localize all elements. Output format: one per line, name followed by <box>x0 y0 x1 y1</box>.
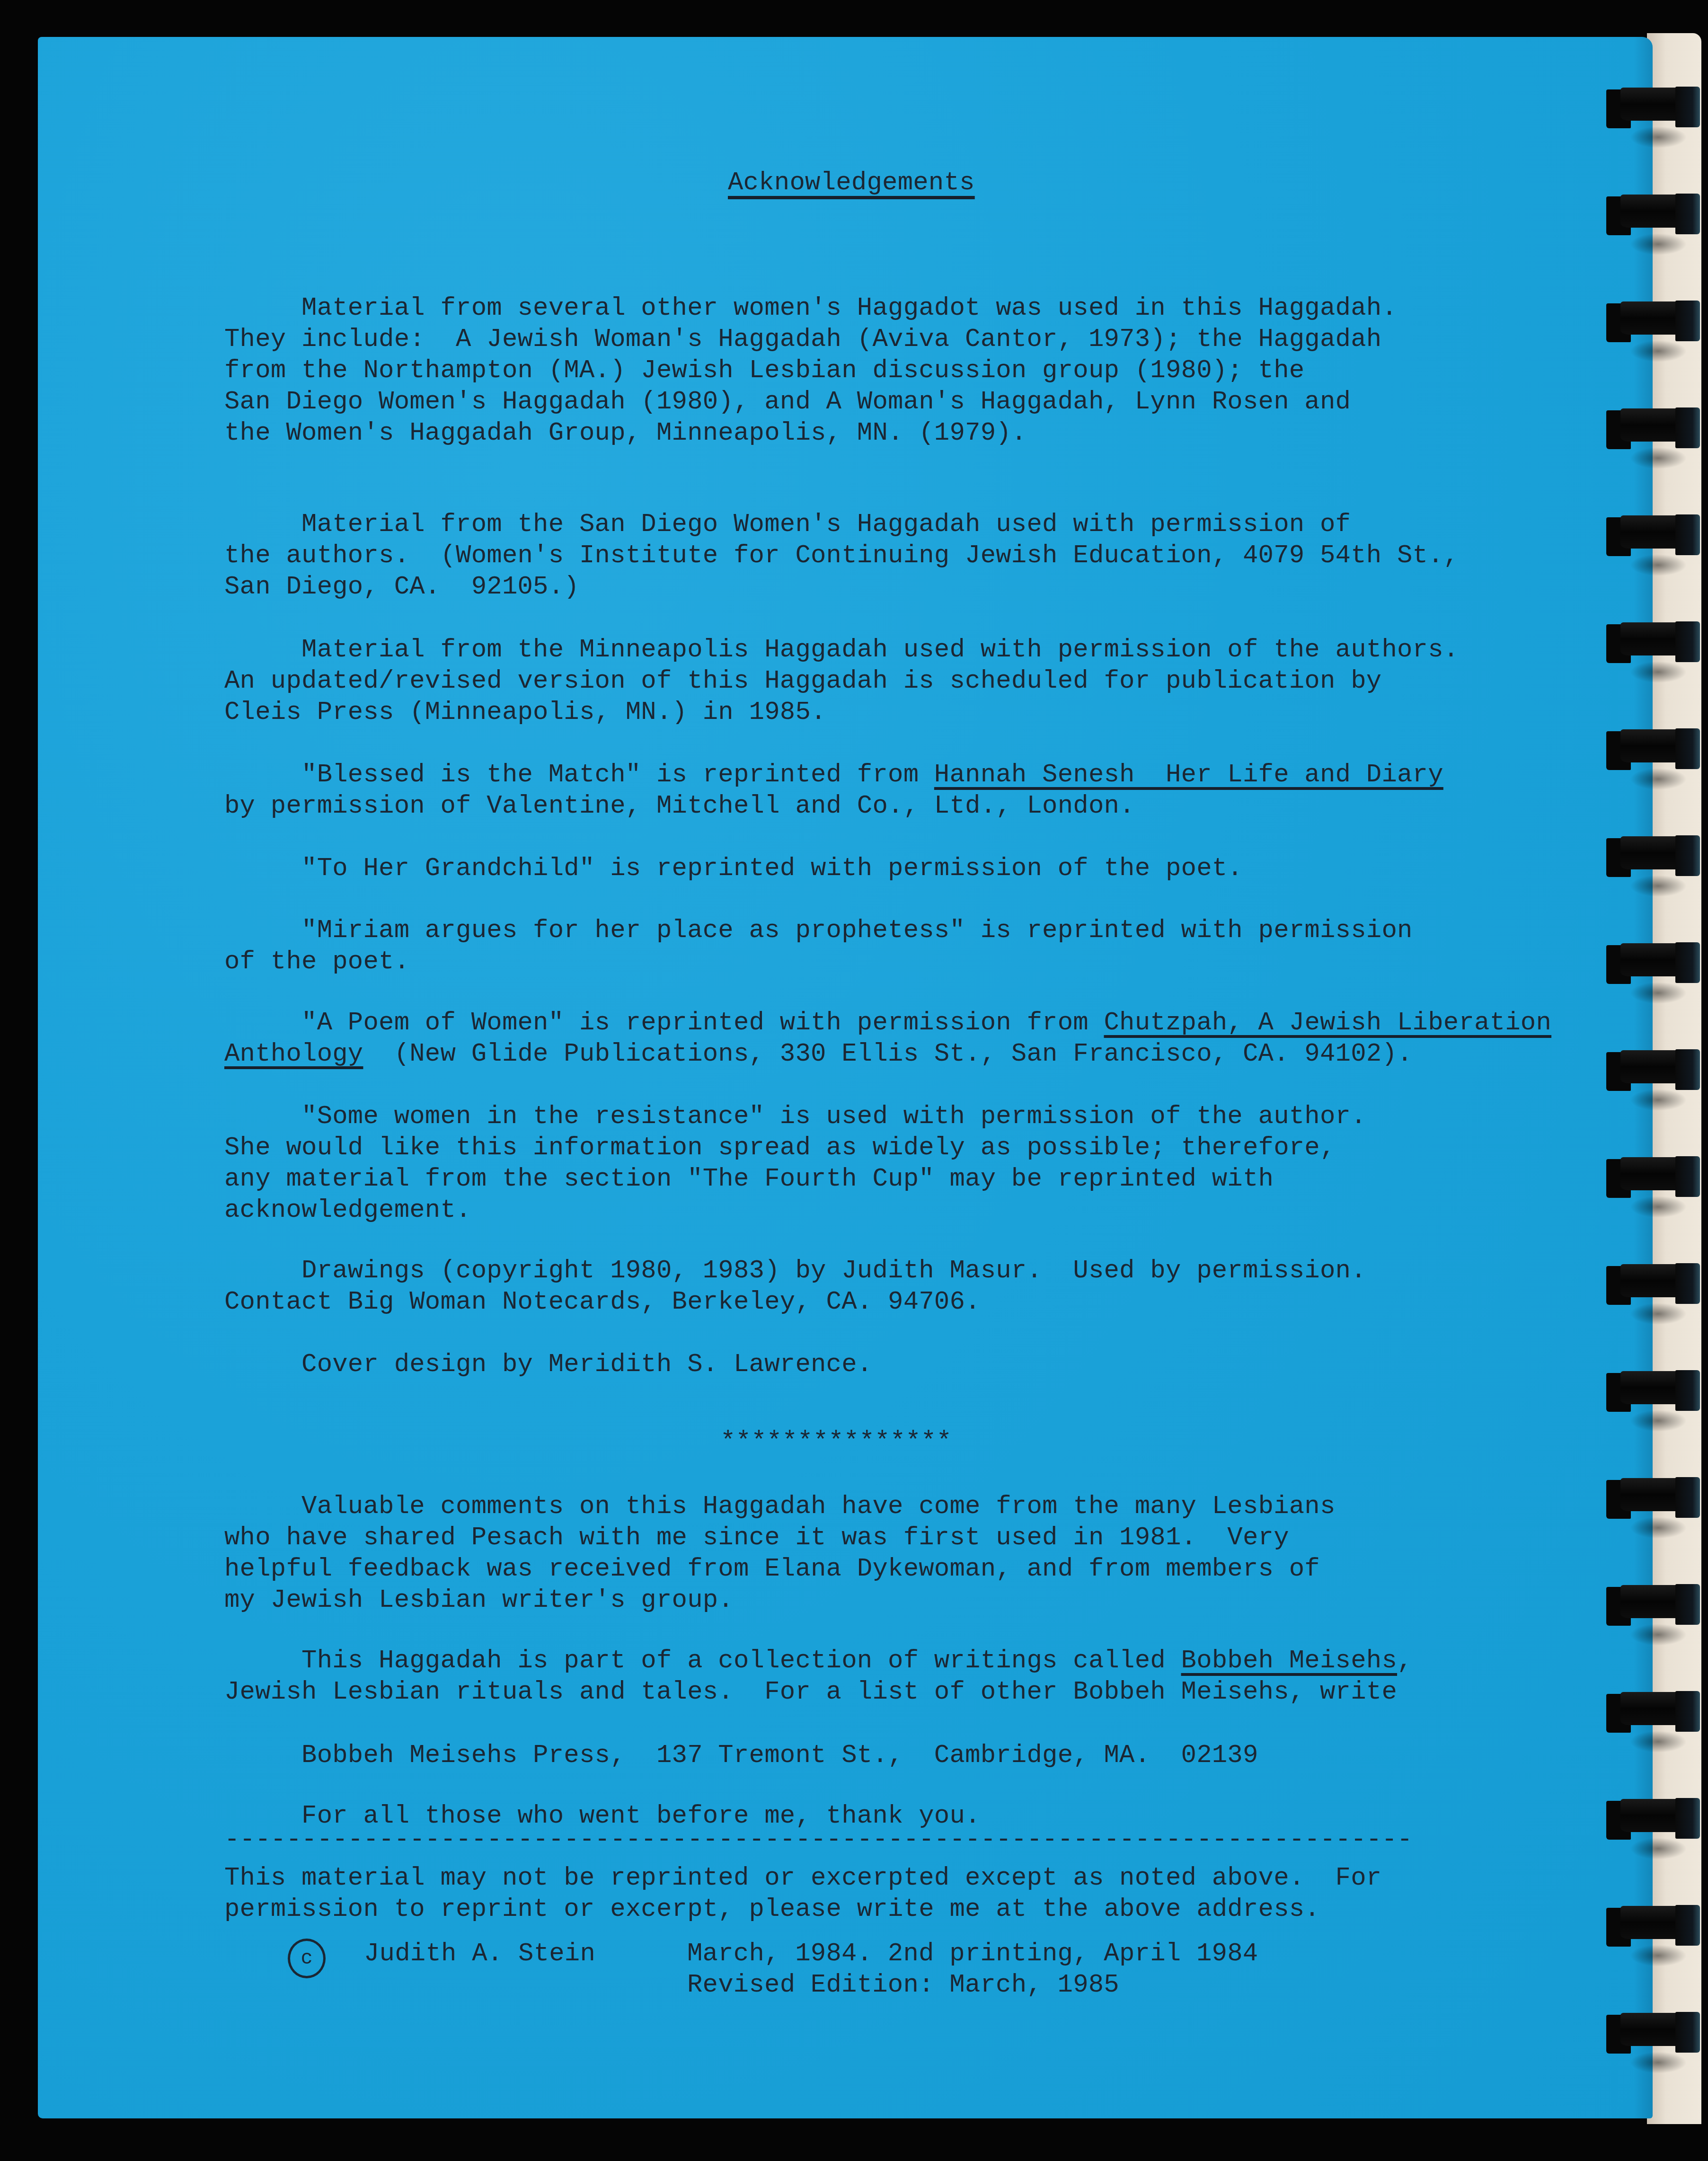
text-segment: (New Glide Publications, 330 Ellis St., … <box>363 1040 1412 1069</box>
page-title: Acknowledgements <box>728 168 975 199</box>
ring-right-tab <box>1675 2012 1700 2053</box>
paragraph-valuable-comments-line: helpful feedback was received from Elana… <box>224 1554 1320 1585</box>
binding-ring <box>1606 1585 1701 1626</box>
paragraph-valuable-comments-line: Valuable comments on this Haggadah have … <box>224 1491 1336 1523</box>
underlined-title: Hannah Senesh Her Life and Diary <box>934 761 1443 789</box>
ring-right-tab <box>1675 407 1700 448</box>
binding-ring <box>1606 1157 1701 1198</box>
paragraph-drawings-line: Drawings (copyright 1980, 1983) by Judit… <box>224 1256 1366 1287</box>
ring-right-tab <box>1675 942 1700 983</box>
ring-right-tab <box>1675 1477 1700 1518</box>
ring-right-tab <box>1675 1156 1700 1197</box>
ring-right-tab <box>1675 514 1700 555</box>
ring-shadow <box>1630 1303 1687 1325</box>
paragraph-valuable-comments-line: my Jewish Lesbian writer's group. <box>224 1585 734 1616</box>
paragraph-bobbeh-meisehs-line: This Haggadah is part of a collection of… <box>224 1646 1413 1677</box>
paragraph-cover-design-line: Cover design by Meridith S. Lawrence. <box>224 1349 872 1381</box>
paragraph-haggadot-sources-line: Material from several other women's Hagg… <box>224 293 1397 324</box>
binding-ring <box>1606 408 1701 449</box>
ring-shadow <box>1630 554 1687 576</box>
binding-ring <box>1606 1906 1701 1947</box>
paragraph-resistance-line: "Some women in the resistance" is used w… <box>224 1101 1366 1133</box>
ring-right-tab <box>1675 301 1700 341</box>
ring-right-tab <box>1675 1263 1700 1304</box>
binding-ring <box>1606 729 1701 770</box>
ring-shadow <box>1630 1089 1687 1111</box>
ring-shadow <box>1630 875 1687 897</box>
paragraph-haggadot-sources-line: San Diego Women's Haggadah (1980), and A… <box>224 387 1351 418</box>
paragraph-address-line: Bobbeh Meisehs Press, 137 Tremont St., C… <box>224 1740 1258 1771</box>
reprint-notice-line: This material may not be reprinted or ex… <box>224 1863 1381 1894</box>
ring-shadow <box>1630 1624 1687 1646</box>
paragraph-san-diego-line: the authors. (Women's Institute for Cont… <box>224 540 1459 572</box>
paragraph-minneapolis-line: An updated/revised version of this Hagga… <box>224 666 1381 697</box>
ring-right-tab <box>1675 728 1700 769</box>
binding-ring <box>1606 1050 1701 1091</box>
ring-shadow <box>1630 447 1687 469</box>
underlined-title: Bobbeh Meisehs <box>1181 1647 1397 1675</box>
paragraph-miriam-line: of the poet. <box>224 947 409 978</box>
underlined-title: Chutzpah, A Jewish Liberation <box>1104 1009 1552 1037</box>
paragraph-bobbeh-meisehs-line: Jewish Lesbian rituals and tales. For a … <box>224 1677 1397 1708</box>
copyright-symbol: c <box>301 1947 312 1970</box>
ring-shadow <box>1630 1945 1687 1966</box>
ring-right-tab <box>1675 621 1700 662</box>
paragraph-minneapolis-line: Material from the Minneapolis Haggadah u… <box>224 635 1459 666</box>
ring-right-tab <box>1675 87 1700 127</box>
dashed-rule: ----------------------------------------… <box>224 1824 1413 1856</box>
ring-right-tab <box>1675 1584 1700 1625</box>
binding-ring <box>1606 943 1701 984</box>
paragraph-blessed-is-the-match-line: by permission of Valentine, Mitchell and… <box>224 791 1135 822</box>
paragraph-resistance-line: any material from the section "The Fourt… <box>224 1164 1274 1195</box>
ring-shadow <box>1630 126 1687 148</box>
paragraph-poem-of-women-line: Anthology (New Glide Publications, 330 E… <box>224 1039 1413 1070</box>
text-segment: , <box>1397 1647 1413 1675</box>
ring-shadow <box>1630 982 1687 1004</box>
binding-ring <box>1606 88 1701 128</box>
ring-right-tab <box>1675 835 1700 876</box>
copyright-icon: c <box>288 1939 326 1978</box>
ring-right-tab <box>1675 1370 1700 1411</box>
binding-ring <box>1606 2013 1701 2054</box>
binding-ring <box>1606 836 1701 877</box>
reprint-notice-line: permission to reprint or excerpt, please… <box>224 1894 1320 1925</box>
ring-right-tab <box>1675 1905 1700 1946</box>
ring-shadow <box>1630 1731 1687 1753</box>
paragraph-resistance-line: She would like this information spread a… <box>224 1133 1336 1164</box>
copyright-dates: March, 1984. 2nd printing, April 1984 <box>687 1939 1258 1970</box>
paragraph-poem-of-women-line: "A Poem of Women" is reprinted with perm… <box>224 1008 1551 1039</box>
paragraph-san-diego-line: San Diego, CA. 92105.) <box>224 572 579 603</box>
text-segment: "A Poem of Women" is reprinted with perm… <box>224 1009 1104 1037</box>
paragraph-miriam-line: "Miriam argues for her place as prophete… <box>224 915 1413 947</box>
paragraph-haggadot-sources-line: They include: A Jewish Woman's Haggadah … <box>224 324 1381 355</box>
revised-edition-date: Revised Edition: March, 1985 <box>687 1970 1119 2001</box>
binding-ring <box>1606 515 1701 556</box>
ring-right-tab <box>1675 1049 1700 1090</box>
ring-shadow <box>1630 1838 1687 1860</box>
ring-shadow <box>1630 768 1687 790</box>
ring-shadow <box>1630 1517 1687 1539</box>
ring-shadow <box>1630 661 1687 683</box>
ring-right-tab <box>1675 194 1700 234</box>
text-segment: This Haggadah is part of a collection of… <box>224 1647 1181 1675</box>
binding-ring <box>1606 1799 1701 1840</box>
underlined-title: Anthology <box>224 1040 363 1069</box>
binding-ring <box>1606 1478 1701 1519</box>
ring-right-tab <box>1675 1798 1700 1839</box>
paragraph-resistance-line: acknowledgement. <box>224 1195 471 1226</box>
paragraph-minneapolis-line: Cleis Press (Minneapolis, MN.) in 1985. <box>224 697 826 728</box>
copyright-author: Judith A. Stein <box>364 1939 595 1970</box>
paragraph-san-diego-line: Material from the San Diego Women's Hagg… <box>224 509 1351 540</box>
paragraph-haggadot-sources-line: from the Northampton (MA.) Jewish Lesbia… <box>224 355 1304 387</box>
ring-shadow <box>1630 2052 1687 2073</box>
paragraph-haggadot-sources-line: the Women's Haggadah Group, Minneapolis,… <box>224 418 1027 449</box>
paragraph-blessed-is-the-match-line: "Blessed is the Match" is reprinted from… <box>224 760 1443 791</box>
ring-shadow <box>1630 1410 1687 1432</box>
paragraph-drawings-line: Contact Big Woman Notecards, Berkeley, C… <box>224 1287 981 1318</box>
text-segment: "Blessed is the Match" is reprinted from <box>224 761 934 789</box>
paragraph-to-her-grandchild-line: "To Her Grandchild" is reprinted with pe… <box>224 853 1243 885</box>
ring-shadow <box>1630 1196 1687 1218</box>
binding-ring <box>1606 622 1701 663</box>
paragraph-valuable-comments-line: who have shared Pesach with me since it … <box>224 1523 1289 1554</box>
ring-shadow <box>1630 233 1687 255</box>
ring-right-tab <box>1675 1691 1700 1732</box>
binding-ring <box>1606 195 1701 235</box>
ring-shadow <box>1630 340 1687 362</box>
binding-ring <box>1606 1264 1701 1305</box>
separator-stars: *************** <box>720 1426 952 1458</box>
binding-ring <box>1606 1371 1701 1412</box>
binding-ring <box>1606 301 1701 342</box>
binding-ring <box>1606 1692 1701 1733</box>
